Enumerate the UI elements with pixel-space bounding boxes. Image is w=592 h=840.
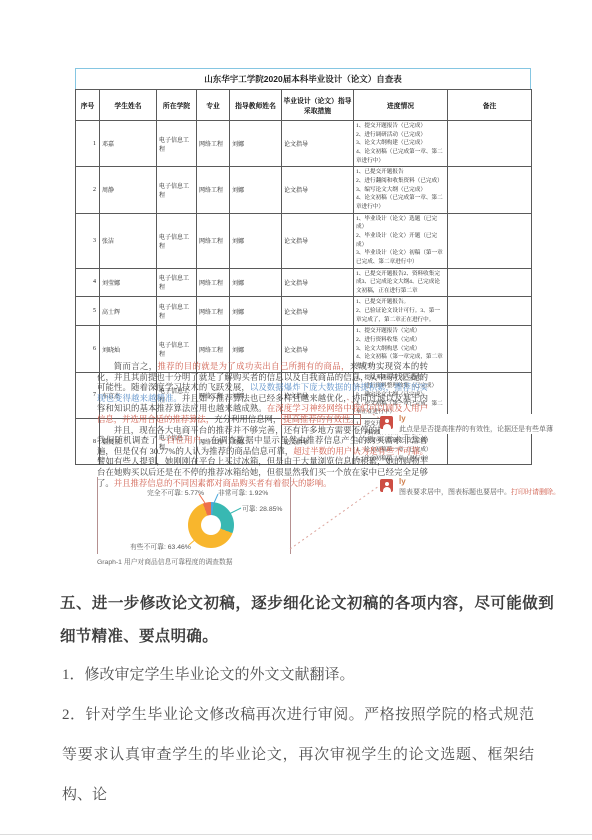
essay-segment: 简而言之， [114, 362, 158, 371]
table-cell: 1、已提交开题报告 2、进行翻阅和收集资料（已完成） 3、编写论文大纲（已完成）… [354, 167, 448, 213]
table-cell: 邓嘉 [100, 121, 157, 167]
table-cell: 论文指导 [282, 167, 354, 213]
table-cell: 论文指导 [282, 297, 354, 326]
chart-callout-label: 有些不可靠: 63.46% [130, 541, 191, 551]
table-cell: 1、毕业设计（论文）选题（已完成） 2、毕业设计（论文）开题（已完成） 3、毕业… [354, 213, 448, 268]
table-cell: 1、已提交开题报告。 2、已验证论文设计可行。3、第一章完成了，第二章正在进行中… [354, 297, 448, 326]
table-cell: 论文指导 [282, 268, 354, 297]
table-cell [448, 326, 532, 372]
table-cell: 张洁 [100, 213, 157, 268]
table-cell: 网络工程 [197, 121, 230, 167]
table-cell: 网络工程 [197, 268, 230, 297]
table-cell: 网络工程 [197, 297, 230, 326]
table-cell: 刘娜 [230, 167, 282, 213]
table-header-cell: 备注 [448, 90, 532, 121]
chart-caption: Graph-1 用户对商品信息可靠程度的调查数据 [97, 556, 233, 566]
table-cell: 5 [76, 297, 100, 326]
table-header-cell: 毕业设计（论文）指导采取措施 [282, 90, 354, 121]
table-header-cell: 专业 [197, 90, 230, 121]
page-bottom-divider [0, 834, 592, 835]
chart-callout-label: 可靠: 28.85% [242, 503, 282, 513]
essay-segment: 超过半数的用户认为是有些不可靠。 [293, 447, 428, 456]
table-cell: 刘娜 [230, 121, 282, 167]
table-header-cell: 学生姓名 [100, 90, 157, 121]
table-cell: 1、提交开题报告（已完成） 2、进行调研活动（已完成） 3、论文大纲构建（已完成… [354, 121, 448, 167]
table-cell [448, 297, 532, 326]
table-cell: 周静 [100, 167, 157, 213]
table-cell: 刘娜 [230, 213, 282, 268]
table-header-cell: 所在学院 [157, 90, 197, 121]
table-cell: 1 [76, 121, 100, 167]
table-cell: 2 [76, 167, 100, 213]
comment-red-note: 打印时请删除。 [511, 489, 560, 496]
table-cell: 电子信息工程 [157, 167, 197, 213]
donut-chart [188, 502, 234, 548]
table-cell [448, 213, 532, 268]
chart-callout-label: 完全不可靠: 5.77% [147, 487, 204, 497]
essay-segment: 一百位用户 [158, 436, 202, 445]
comment-card-2[interactable]: ly 图表要求居中，图表标题也要居中。打印时请删除。 [380, 477, 588, 497]
table-cell: 6 [76, 326, 100, 372]
essay-paragraph: 简而言之，推荐的目的就是为了成功卖出自己所拥有的商品，来成功实现资本的转化，并且… [97, 362, 428, 426]
table-cell: 电子信息工程 [157, 297, 197, 326]
table-row: 4刘莹娜电子信息工程网络工程刘娜论文指导1、已提交开题报告2、资料收集完成3、已… [76, 268, 532, 297]
commenter-avatar-icon [380, 479, 393, 492]
commenter-avatar-icon [380, 416, 393, 429]
table-header-row: 序号学生姓名所在学院专业指导教师姓名毕业设计（论文）指导采取措施进度情况备注 [76, 90, 532, 121]
table-row: 3张洁电子信息工程网络工程刘娜论文指导1、毕业设计（论文）选题（已完成） 2、毕… [76, 213, 532, 268]
comment-text: 此点是是否提高推荐的有效性，论据还是有些单薄 [399, 425, 588, 434]
table-cell: 电子信息工程 [157, 213, 197, 268]
section-heading: 五、进一步修改论文初稿，逐步细化论文初稿的各项内容，尽可能做到细节精准、要点明确… [60, 587, 554, 653]
table-cell: 电子信息工程 [157, 121, 197, 167]
essay-segment: 充分利用信息网， [214, 415, 281, 424]
table-cell: 高士辉 [100, 297, 157, 326]
commented-text-range[interactable]: 提高推荐的有效性。 [281, 414, 360, 425]
table-cell [448, 121, 532, 167]
section-item-1: 1．修改审定学生毕业论文的外文文献翻译。 [62, 655, 534, 695]
table-cell [448, 167, 532, 213]
section-item-2: 2．针对学生毕业论文修改稿再次进行审阅。严格按照学院的格式规范等要求认真审查学生… [62, 695, 534, 815]
table-row: 5高士辉电子信息工程网络工程刘娜论文指导1、已提交开题报告。 2、已验证论文设计… [76, 297, 532, 326]
chart-callout-label: 非常可靠: 1.92% [218, 487, 268, 497]
comment-author: ly [399, 414, 588, 423]
comment-author: ly [399, 477, 588, 486]
table-header-cell: 指导教师姓名 [230, 90, 282, 121]
table-cell: 刘莹娜 [100, 268, 157, 297]
table-cell: 网络工程 [197, 213, 230, 268]
table-cell: 刘娜 [230, 268, 282, 297]
table-header-cell: 序号 [76, 90, 100, 121]
document-page: 山东华宇工学院2020届本科毕业设计（论文）自查表 序号学生姓名所在学院专业指导… [0, 0, 592, 840]
table-row: 2周静电子信息工程网络工程刘娜论文指导1、已提交开题报告 2、进行翻阅和收集资料… [76, 167, 532, 213]
table-cell [448, 268, 532, 297]
table-cell: 网络工程 [197, 167, 230, 213]
table-cell: 1、已提交开题报告2、资料收集完成3、已完成论文大纲4、已完成论文初稿，正在进行… [354, 268, 448, 297]
comment-text: 图表要求居中，图表标题也要居中。打印时请删除。 [399, 488, 588, 497]
table-cell: 论文指导 [282, 213, 354, 268]
table-cell: 4 [76, 268, 100, 297]
essay-segment: 推荐的目的就是为了成功卖出自己所拥有的商品， [158, 362, 350, 371]
table-cell: 刘娜 [230, 297, 282, 326]
table-cell: 8 [76, 419, 100, 465]
table-cell: 3 [76, 213, 100, 268]
comment-card-1[interactable]: ly 此点是是否提高推荐的有效性，论据还是有些单薄 [380, 414, 588, 434]
table-cell: 论文指导 [282, 121, 354, 167]
table-cell: 电子信息工程 [157, 268, 197, 297]
table-cell [448, 372, 532, 418]
table-header-cell: 进度情况 [354, 90, 448, 121]
comment2-connector-line [290, 486, 379, 549]
essay-text: 简而言之，推荐的目的就是为了成功卖出自己所拥有的商品，来成功实现资本的转化，并且… [97, 362, 428, 489]
table-cell: 7 [76, 372, 100, 418]
table-title: 山东华宇工学院2020届本科毕业设计（论文）自查表 [75, 68, 531, 90]
table-row: 1邓嘉电子信息工程网络工程刘娜论文指导1、提交开题报告（已完成） 2、进行调研活… [76, 121, 532, 167]
